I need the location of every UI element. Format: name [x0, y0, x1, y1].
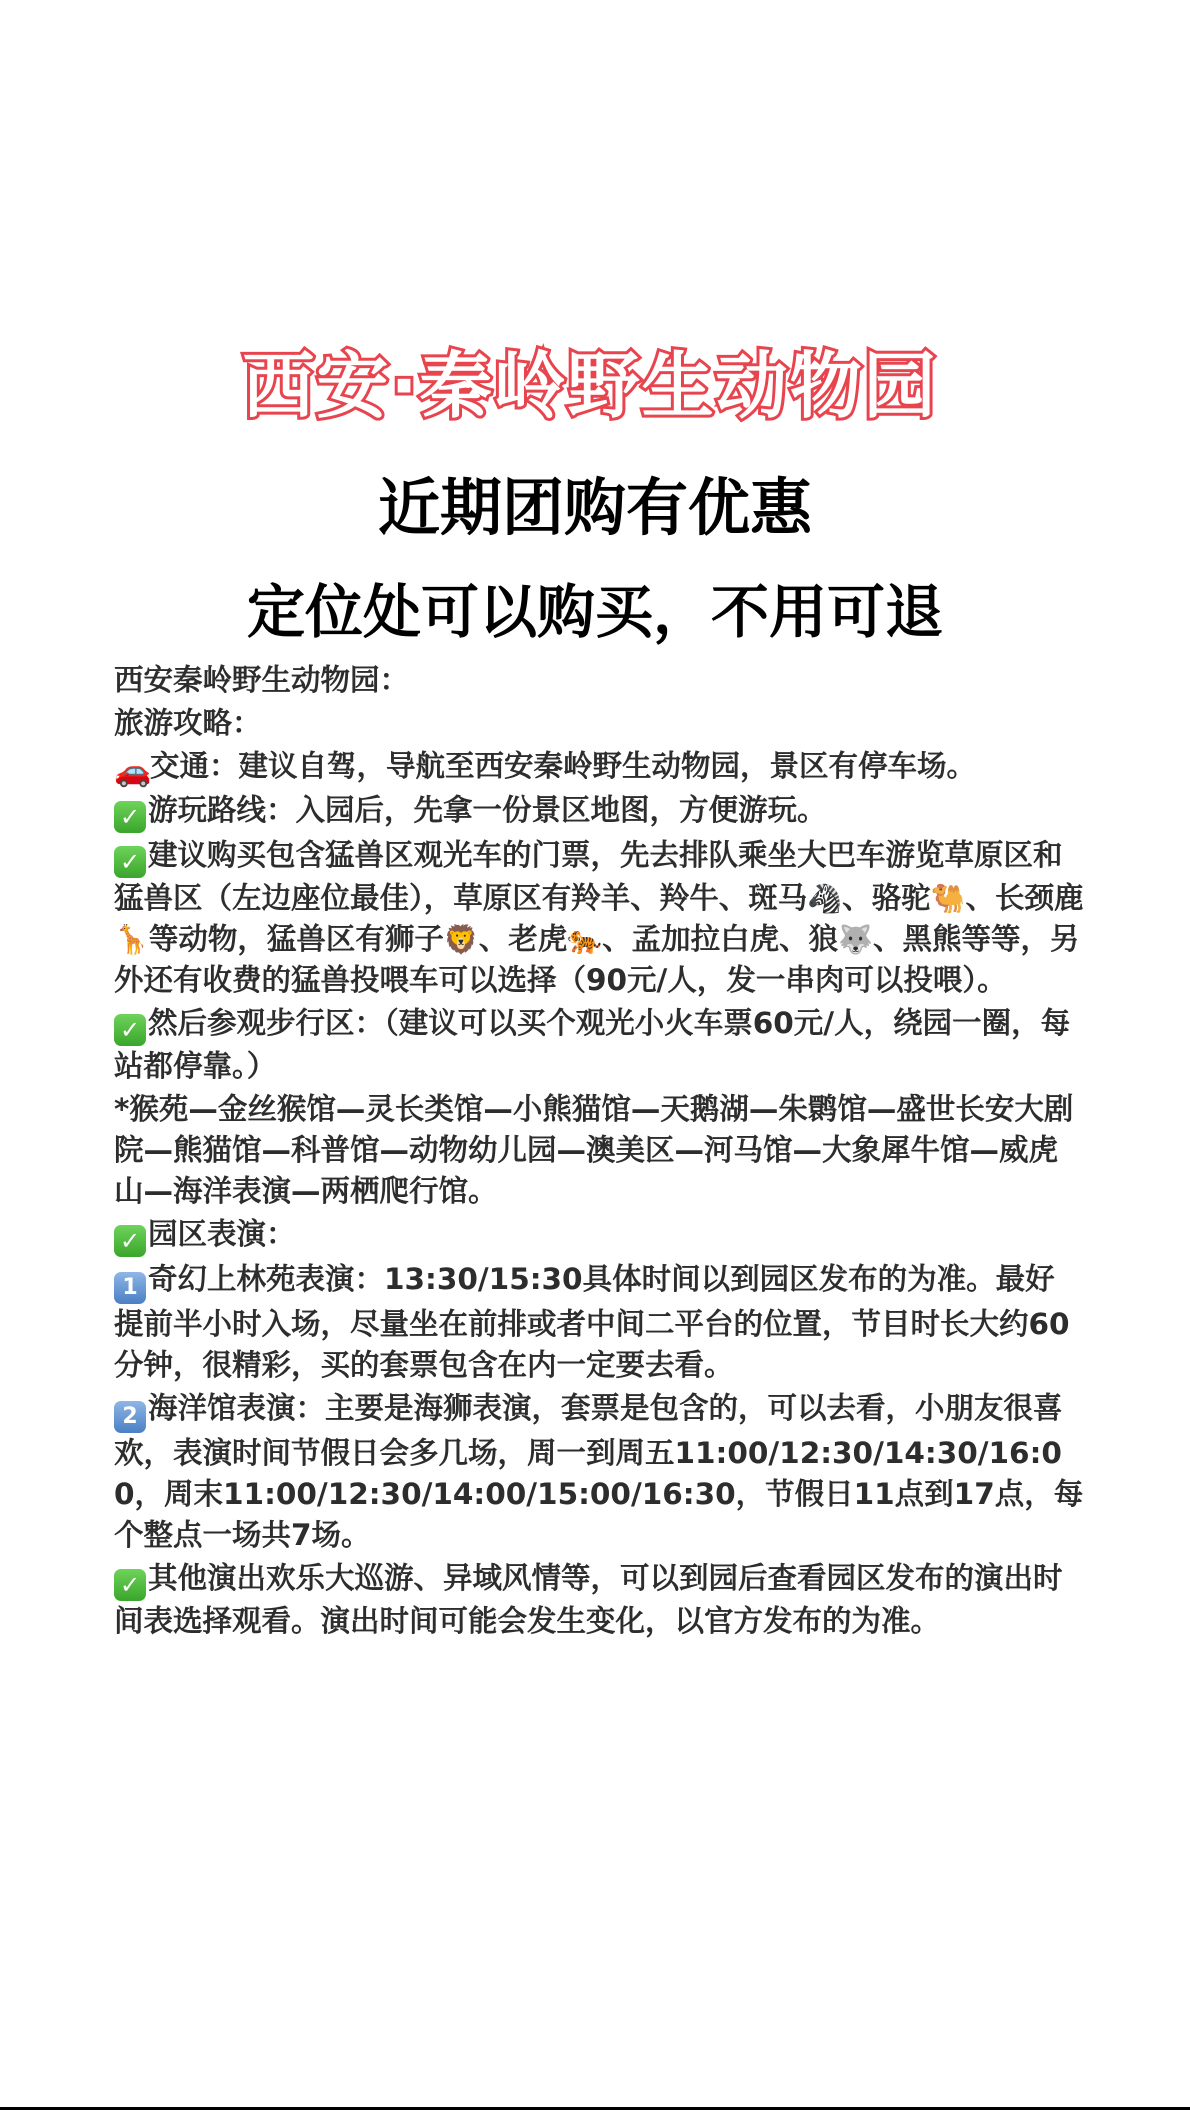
car-icon: 🚗 — [114, 756, 148, 788]
ticket-advice-text: 、骆驼 — [842, 881, 931, 915]
zebra-icon: 🦓 — [807, 878, 842, 919]
section-heading-guide: 旅游攻略： — [114, 703, 1084, 744]
other-shows-text: 其他演出欢乐大巡游、异域风情等，可以到园后查看园区发布的演出时间表选择观看。演出… — [114, 1561, 1063, 1638]
check-icon: ✓ — [114, 801, 146, 833]
title-banner: 西安·秦岭野生动物园 — [210, 335, 970, 425]
promo-subheadline: 定位处可以购买，不用可退 — [0, 565, 1190, 649]
route-text: 游玩路线：入园后，先拿一份景区地图，方便游玩。 — [148, 793, 827, 827]
ticket-advice-item: ✓建议购买包含猛兽区观光车的门票，先去排队乘坐大巴车游览草原区和猛兽区（左边座位… — [114, 835, 1084, 1001]
number-two-icon: 2 — [114, 1401, 146, 1433]
ticket-advice-text: 、长颈鹿 — [966, 881, 1084, 915]
camel-icon: 🐫 — [931, 878, 966, 919]
show-1-text: 奇幻上林苑表演：13:30/15:30具体时间以到园区发布的为准。最好提前半小时… — [114, 1262, 1070, 1382]
show-item-1: 1奇幻上林苑表演：13:30/15:30具体时间以到园区发布的为准。最好提前半小… — [114, 1259, 1084, 1386]
ticket-advice-text: 、孟加拉白虎、狼 — [602, 922, 838, 956]
guide-content: 西安秦岭野生动物园： 旅游攻略： 🚗交通：建议自驾，导航至西安秦岭野生动物园，景… — [114, 660, 1084, 1644]
route-item: ✓游玩路线：入园后，先拿一份景区地图，方便游玩。 — [114, 790, 1084, 833]
other-shows-item: ✓其他演出欢乐大巡游、异域风情等，可以到园后查看园区发布的演出时间表选择观看。演… — [114, 1558, 1084, 1642]
check-icon: ✓ — [114, 1569, 146, 1601]
wolf-icon: 🐺 — [838, 919, 873, 960]
giraffe-icon: 🦒 — [114, 919, 149, 960]
ticket-advice-text: 等动物，猛兽区有狮子 — [149, 922, 444, 956]
promo-headline: 近期团购有优惠 — [0, 458, 1190, 547]
transport-text: 交通：建议自驾，导航至西安秦岭野生动物园，景区有停车场。 — [150, 749, 976, 783]
walking-area-text: 然后参观步行区：（建议可以买个观光小火车票60元/人，绕园一圈，每站都停靠。） — [114, 1006, 1070, 1083]
walking-area-item: ✓然后参观步行区：（建议可以买个观光小火车票60元/人，绕园一圈，每站都停靠。） — [114, 1003, 1084, 1087]
show-item-2: 2海洋馆表演：主要是海狮表演，套票是包含的，可以去看，小朋友很喜欢，表演时间节假… — [114, 1388, 1084, 1556]
show-2-text: 海洋馆表演：主要是海狮表演，套票是包含的，可以去看，小朋友很喜欢，表演时间节假日… — [114, 1391, 1083, 1552]
check-icon: ✓ — [114, 1014, 146, 1046]
check-icon: ✓ — [114, 846, 146, 878]
route-list: *猴苑—金丝猴馆—灵长类馆—小熊猫馆—天鹅湖—朱鹮馆—盛世长安大剧院—熊猫馆—科… — [114, 1089, 1084, 1212]
check-icon: ✓ — [114, 1225, 146, 1257]
page-title: 西安·秦岭野生动物园 — [242, 328, 937, 432]
number-one-icon: 1 — [114, 1272, 146, 1304]
shows-heading: ✓园区表演： — [114, 1214, 1084, 1257]
ticket-advice-text: 、老虎 — [479, 922, 568, 956]
shows-heading-text: 园区表演： — [148, 1217, 296, 1251]
transport-item: 🚗交通：建议自驾，导航至西安秦岭野生动物园，景区有停车场。 — [114, 746, 1084, 788]
section-heading-zoo: 西安秦岭野生动物园： — [114, 660, 1084, 701]
tiger-icon: 🐅 — [567, 919, 602, 960]
lion-icon: 🦁 — [444, 919, 479, 960]
